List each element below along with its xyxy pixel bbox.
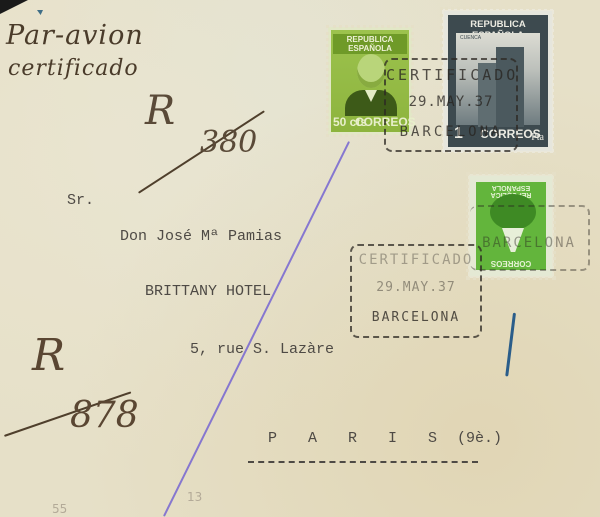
address-salutation: Sr. (67, 192, 94, 209)
address-city-line: P A R I S (9è.) (268, 430, 502, 447)
airmail-handwritten-label: Par-avion (6, 20, 144, 51)
stamp-unit: Pta (531, 132, 544, 143)
registered-handwritten-label: certificado (8, 56, 139, 81)
postmark-certificado-top: CERTIFICADO 29.MAY.37 BARCELONA (384, 58, 518, 152)
postmark-city: BARCELONA (352, 310, 480, 325)
registration-mark-2: R (32, 330, 65, 381)
stamp-caption: CUENCA (460, 35, 481, 41)
ink-mark (37, 10, 43, 15)
address-district: (9è.) (457, 430, 502, 447)
registration-mark-1: R (145, 88, 175, 134)
registration-number-2: 878 (70, 395, 139, 436)
postmark-date: 29.MAY.37 (386, 94, 516, 110)
postmark-date: 29.MAY.37 (352, 280, 480, 295)
postmark-city: BARCELONA (386, 124, 516, 140)
address-recipient: Don José Mª Pamias (120, 228, 282, 245)
address-hotel: BRITTANY HOTEL (145, 283, 271, 300)
postmark-partial-right: BARCELONA (470, 205, 590, 271)
blue-crayon-mark (505, 313, 516, 377)
city-underline (248, 461, 478, 463)
postmark-line: CERTIFICADO (386, 66, 516, 84)
pencil-note: 13 (187, 490, 202, 504)
pencil-note: 55 (52, 502, 67, 516)
postmark-certificado-bottom: CERTIFICADO 29.MAY.37 BARCELONA (350, 244, 482, 338)
torn-corner (0, 0, 28, 14)
registration-number-1: 380 (200, 125, 257, 160)
envelope: Par-avion certificado R 380 R 878 REPUBL… (0, 0, 600, 517)
address-street: 5, rue S. Lazàre (190, 341, 334, 358)
postmark-line: CERTIFICADO (352, 252, 480, 268)
address-city: P A R I S (268, 430, 448, 447)
postmark-city: BARCELONA (470, 235, 588, 251)
